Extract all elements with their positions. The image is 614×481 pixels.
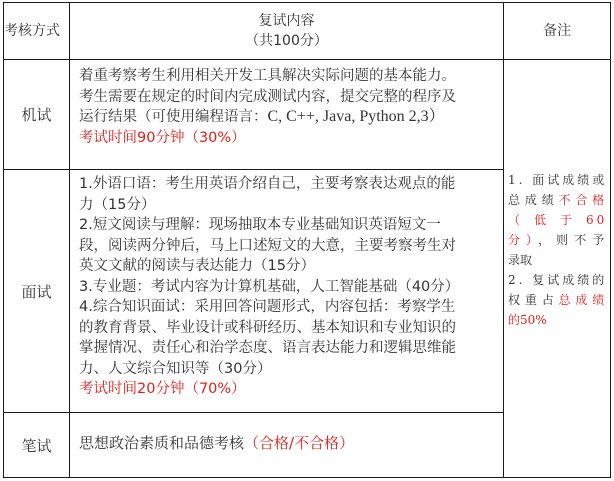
remarks-line: 的50%: [508, 310, 607, 330]
header-remarks: 备注: [504, 3, 611, 60]
content-line: 3.专业题：考试内容为计算机基础，人工智能基础（40分）: [79, 277, 495, 298]
table-row-interview: 面试 1.外语口语：考生用英语介绍自己，主要考察表达观点的能 力（15分） 2.…: [4, 170, 611, 413]
content-line: 力（15分）: [79, 195, 495, 216]
content-cell-machine-test: 着重考察考生利用相关开发工具解决实际问题的基本能力。 考生需要在规定的时间内完成…: [70, 60, 504, 170]
remarks-text-black: 权重占: [508, 293, 559, 307]
content-line-languages: 运行结果（可使用编程语言：C, C++, Java, Python 2,3）: [79, 107, 495, 128]
method-cell-interview: 面试: [4, 170, 70, 413]
result-note: （合格/不合格）: [244, 434, 354, 452]
content-line: 英文文献的阅读与表达能力（15分）: [79, 256, 495, 277]
header-content-total: （共100分）: [70, 31, 503, 51]
remarks-cell: 1. 面试成绩或 总成绩不合格 （ 低 于 60 分），则不予 录取 2. 复试…: [504, 170, 611, 413]
remarks-cell-top: [504, 60, 611, 170]
table-row-machine-test: 机试 着重考察考生利用相关开发工具解决实际问题的基本能力。 考生需要在规定的时间…: [4, 60, 611, 170]
content-line: 的教育背景、毕业设计或科研经历、基本知识和专业知识的: [79, 318, 495, 339]
remarks-text-black: ，则不予: [538, 233, 607, 247]
remarks-line: 权重占总成绩: [508, 290, 607, 310]
content-line: 掌握情况、责任心和治学态度、语言表达能力和逻辑思维能: [79, 338, 495, 359]
remarks-cell-bottom: [504, 413, 611, 478]
content-line: 着重考察考生利用相关开发工具解决实际问题的基本能力。: [79, 66, 495, 87]
remarks-text-red: 不合格: [559, 193, 608, 207]
languages-close: ）: [429, 108, 445, 125]
remarks-text-red: 分）: [508, 233, 538, 247]
content-line: 力、人文综合知识等（30分）: [79, 359, 495, 380]
method-label: 面试: [21, 283, 51, 301]
content-line: 考生需要在规定的时间内完成测试内容，提交完整的程序及: [79, 87, 495, 108]
time-note: 考试时间90分钟（30%）: [79, 128, 495, 149]
remarks-text-black: 总成绩: [508, 193, 559, 207]
content-line: 1.外语口语：考生用英语介绍自己，主要考察表达观点的能: [79, 174, 495, 195]
method-cell-written-test: 笔试: [4, 413, 70, 478]
content-text: 思想政治素质和品德考核: [79, 434, 244, 452]
content-line: 4.综合知识面试：采用回答问题形式，内容包括：考察学生: [79, 297, 495, 318]
table-row-written-test: 笔试 思想政治素质和品德考核（合格/不合格）: [4, 413, 611, 478]
remarks-text: 1. 面试成绩或 总成绩不合格 （ 低 于 60 分），则不予 录取 2. 复试…: [508, 170, 607, 330]
remarks-line: 1. 面试成绩或: [508, 170, 607, 190]
method-label: 机试: [21, 106, 51, 124]
remarks-line: 总成绩不合格: [508, 190, 607, 210]
content-line: 段，阅读两分钟后，马上口述短文的大意，主要考察考生对: [79, 236, 495, 257]
header-remarks-label: 备注: [543, 23, 571, 39]
remarks-line: 分），则不予: [508, 230, 607, 250]
header-method-label: 考核方式: [4, 23, 60, 39]
header-content: 复试内容 （共100分）: [70, 3, 504, 60]
content-line: 2.短文阅读与理解：现场抽取本专业基础知识英语短文一: [79, 215, 495, 236]
content-cell-interview: 1.外语口语：考生用英语介绍自己，主要考察表达观点的能 力（15分） 2.短文阅…: [70, 170, 504, 413]
header-row: 考核方式 复试内容 （共100分） 备注: [4, 3, 611, 60]
content-text: 运行结果（可使用编程语言：: [79, 109, 268, 125]
retest-content-table: 考核方式 复试内容 （共100分） 备注 机试 着重考察考生利用相关开发工具解决…: [3, 2, 611, 478]
remarks-text-red: 总成绩: [559, 293, 608, 307]
remarks-line: （ 低 于 60: [508, 210, 607, 230]
header-content-title: 复试内容: [70, 11, 503, 31]
method-label: 笔试: [21, 437, 51, 455]
languages-list: C, C++, Java, Python 2,3: [268, 108, 429, 125]
remarks-line: 录取: [508, 250, 607, 270]
content-cell-written-test: 思想政治素质和品德考核（合格/不合格）: [70, 413, 504, 478]
remarks-line: 2. 复试成绩的: [508, 270, 607, 290]
method-cell-machine-test: 机试: [4, 60, 70, 170]
time-note: 考试时间20分钟（70%）: [79, 379, 495, 400]
header-method: 考核方式: [4, 3, 70, 60]
